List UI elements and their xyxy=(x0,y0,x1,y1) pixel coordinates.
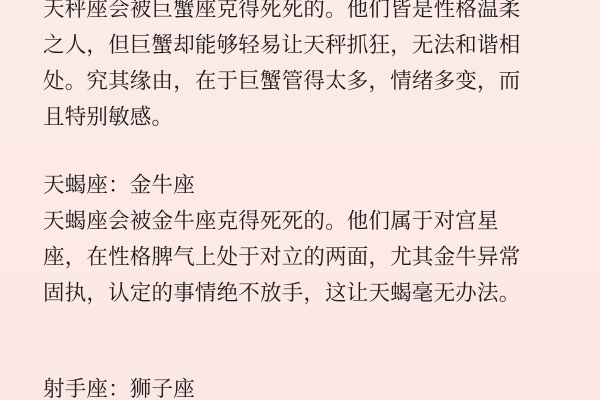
section-spacer xyxy=(43,312,563,372)
article-content: 天秤座会被巨蟹座克得死死的。他们皆是性格温柔 之人，但巨蟹却能够轻易让天秤抓狂，… xyxy=(43,0,563,400)
section-sagittarius: 射手座：狮子座 xyxy=(43,372,563,400)
section-scorpio: 天蝎座：金牛座 天蝎座会被金牛座克得死死的。他们属于对宫星 座，在性格脾气上处于… xyxy=(43,168,563,312)
section-libra: 天秤座会被巨蟹座克得死死的。他们皆是性格温柔 之人，但巨蟹却能够轻易让天秤抓狂，… xyxy=(43,0,563,136)
paragraph-line: 处。究其缘由，在于巨蟹管得太多，情绪多变，而 xyxy=(43,64,563,100)
section-heading: 射手座：狮子座 xyxy=(43,372,563,400)
article-page: 天秤座会被巨蟹座克得死死的。他们皆是性格温柔 之人，但巨蟹却能够轻易让天秤抓狂，… xyxy=(0,0,600,400)
paragraph-line: 座，在性格脾气上处于对立的两面，尤其金牛异常 xyxy=(43,240,563,276)
paragraph-line: 天秤座会被巨蟹座克得死死的。他们皆是性格温柔 xyxy=(43,0,563,28)
paragraph-line: 天蝎座会被金牛座克得死死的。他们属于对宫星 xyxy=(43,204,563,240)
section-spacer xyxy=(43,136,563,168)
paragraph-line: 且特别敏感。 xyxy=(43,100,563,136)
paragraph-line: 固执，认定的事情绝不放手，这让天蝎毫无办法。 xyxy=(43,276,563,312)
section-heading: 天蝎座：金牛座 xyxy=(43,168,563,204)
paragraph-line: 之人，但巨蟹却能够轻易让天秤抓狂，无法和谐相 xyxy=(43,28,563,64)
